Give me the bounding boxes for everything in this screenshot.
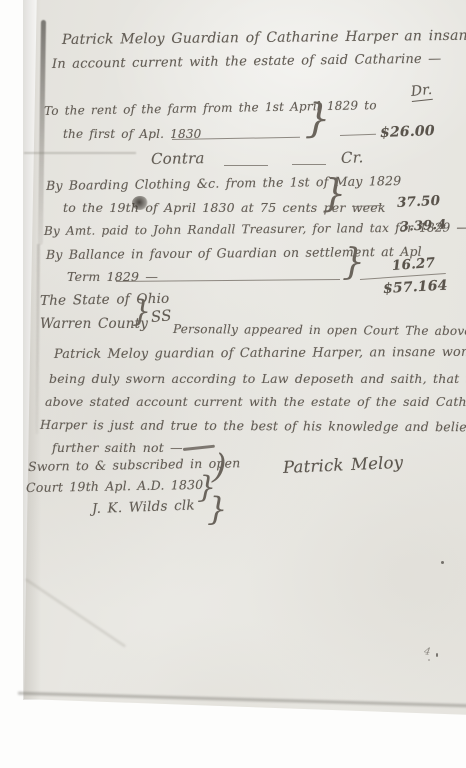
ink-speck-3 bbox=[428, 659, 430, 661]
attestation-brace3: } bbox=[207, 493, 227, 525]
credit3-brace: } bbox=[342, 245, 365, 281]
debit-amount: $26.00 bbox=[380, 123, 435, 141]
credit3-amount: 16.27 bbox=[391, 255, 435, 274]
ink-blot bbox=[132, 196, 148, 210]
contra-rule2 bbox=[292, 164, 326, 165]
debit-column-label: Dr. bbox=[410, 82, 433, 102]
affidavit-body-line2: Patrick Meloy guardian of Catharine Harp… bbox=[54, 345, 466, 362]
affidavit-body-line5: Harper is just and true to the best of h… bbox=[40, 417, 466, 434]
ss-label: SS bbox=[150, 306, 172, 326]
affidavit-body-line1: Personally appeared in open Court The ab… bbox=[173, 322, 466, 338]
affidavit-body-line3: being duly sworn according to Law depose… bbox=[49, 371, 466, 386]
credit1-amount: 37.50 bbox=[397, 193, 441, 211]
total-amount: $57.164 bbox=[383, 278, 448, 297]
affidavit-body-line4: above stated account current with the es… bbox=[45, 394, 466, 409]
credit1-brace: } bbox=[322, 174, 346, 212]
scanned-document-page: Patrick Meloy Guardian of Catharine Harp… bbox=[0, 0, 466, 768]
debit-brace: } bbox=[305, 99, 331, 139]
ink-speck-1 bbox=[441, 561, 444, 564]
ss-brace: } bbox=[132, 297, 151, 327]
horizontal-crease bbox=[24, 152, 136, 154]
credit-column-label: Cr. bbox=[341, 148, 364, 167]
ink-speck-2 bbox=[436, 653, 438, 657]
attestation-line2: Court 19th Apl. A.D. 1830 bbox=[26, 477, 204, 495]
contra-heading: Contra bbox=[151, 149, 205, 168]
page-mark: 4 bbox=[423, 646, 431, 658]
contra-rule1 bbox=[224, 165, 268, 166]
affidavit-body-line6: further saith not — bbox=[52, 440, 183, 455]
credit2-amount: 3.39.4 bbox=[400, 218, 447, 235]
